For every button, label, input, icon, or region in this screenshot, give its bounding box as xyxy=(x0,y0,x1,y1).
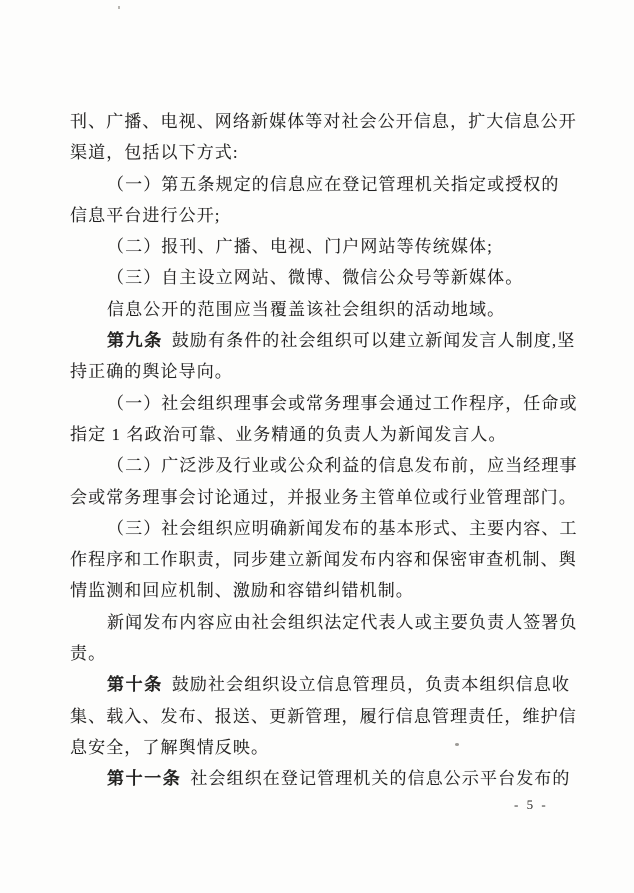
line-text: 鼓励有条件的社会组织可以建立新闻发言人制度,坚 xyxy=(172,331,576,350)
text-line: （一）社会组织理事会或常务理事会通过工作程序，任命或 xyxy=(70,388,576,419)
text-line: （一）第五条规定的信息应在登记管理机关指定或授权的 xyxy=(70,169,576,200)
text-line: （三）自主设立网站、微博、微信公众号等新媒体。 xyxy=(70,262,576,293)
line-text: 作程序和工作职责，同步建立新闻发布内容和保密审查机制、舆 xyxy=(70,550,577,569)
line-text: 刊、广播、电视、网络新媒体等对社会公开信息，扩大信息公开 xyxy=(70,112,577,131)
text-line: 刊、广播、电视、网络新媒体等对社会公开信息，扩大信息公开 xyxy=(70,106,576,137)
text-line: 第十一条社会组织在登记管理机关的信息公示平台发布的 xyxy=(70,763,576,794)
text-line: 作程序和工作职责，同步建立新闻发布内容和保密审查机制、舆 xyxy=(70,544,576,575)
scan-speck xyxy=(455,743,459,746)
line-text: 渠道，包括以下方式: xyxy=(70,143,239,162)
text-line: 责。 xyxy=(70,638,576,669)
line-text: （三）社会组织应明确新闻发布的基本形式、主要内容、工 xyxy=(107,519,578,538)
line-text: 指定 1 名政治可靠、业务精通的负责人为新闻发言人。 xyxy=(70,425,507,444)
document-body: 刊、广播、电视、网络新媒体等对社会公开信息，扩大信息公开渠道，包括以下方式:（一… xyxy=(70,106,576,795)
line-text: （一）社会组织理事会或常务理事会通过工作程序，任命或 xyxy=(107,394,578,413)
page-number: - 5 - xyxy=(514,797,548,813)
text-line: 集、载入、发布、报送、更新管理，履行信息管理责任，维护信 xyxy=(70,701,576,732)
text-line: （二）报刊、广播、电视、门户网站等传统媒体; xyxy=(70,231,576,262)
line-text: （二）广泛涉及行业或公众利益的信息发布前，应当经理事 xyxy=(107,456,578,475)
line-text: 情监测和回应机制、激励和容错纠错机制。 xyxy=(70,581,414,600)
article-number: 第十一条 xyxy=(107,769,181,788)
line-text: （三）自主设立网站、微博、微信公众号等新媒体。 xyxy=(107,268,523,287)
text-line: （二）广泛涉及行业或公众利益的信息发布前，应当经理事 xyxy=(70,450,576,481)
line-text: 责。 xyxy=(70,644,106,663)
line-text: 新闻发布内容应由社会组织法定代表人或主要负责人签署负 xyxy=(107,613,578,632)
line-text: 社会组织在登记管理机关的信息公示平台发布的 xyxy=(190,769,570,788)
text-line: 持正确的舆论导向。 xyxy=(70,356,576,387)
document-page: 刊、广播、电视、网络新媒体等对社会公开信息，扩大信息公开渠道，包括以下方式:（一… xyxy=(0,0,634,893)
text-line: （三）社会组织应明确新闻发布的基本形式、主要内容、工 xyxy=(70,513,576,544)
scan-speck xyxy=(118,6,120,9)
line-text: 会或常务理事会讨论通过，并报业务主管单位或行业管理部门。 xyxy=(70,488,577,507)
text-line: 会或常务理事会讨论通过，并报业务主管单位或行业管理部门。 xyxy=(70,482,576,513)
text-line: 渠道，包括以下方式: xyxy=(70,137,576,168)
line-text: 息安全，了解舆情反映。 xyxy=(70,738,269,757)
text-line: 新闻发布内容应由社会组织法定代表人或主要负责人签署负 xyxy=(70,607,576,638)
text-line: 第九条鼓励有条件的社会组织可以建立新闻发言人制度,坚 xyxy=(70,325,576,356)
text-line: 信息平台进行公开; xyxy=(70,200,576,231)
line-text: 信息公开的范围应当覆盖该社会组织的活动地域。 xyxy=(107,300,505,319)
article-number: 第十条 xyxy=(107,675,163,694)
line-text: （一）第五条规定的信息应在登记管理机关指定或授权的 xyxy=(107,175,560,194)
line-text: 集、载入、发布、报送、更新管理，履行信息管理责任，维护信 xyxy=(70,707,577,726)
text-line: 息安全，了解舆情反映。 xyxy=(70,732,576,763)
text-line: 指定 1 名政治可靠、业务精通的负责人为新闻发言人。 xyxy=(70,419,576,450)
text-line: 情监测和回应机制、激励和容错纠错机制。 xyxy=(70,575,576,606)
line-text: （二）报刊、广播、电视、门户网站等传统媒体; xyxy=(107,237,493,256)
text-line: 信息公开的范围应当覆盖该社会组织的活动地域。 xyxy=(70,294,576,325)
line-text: 持正确的舆论导向。 xyxy=(70,362,233,381)
line-text: 信息平台进行公开; xyxy=(70,206,221,225)
line-text: 鼓励社会组织设立信息管理员，负责本组织信息收 xyxy=(172,675,570,694)
text-line: 第十条鼓励社会组织设立信息管理员，负责本组织信息收 xyxy=(70,669,576,700)
article-number: 第九条 xyxy=(107,331,163,350)
